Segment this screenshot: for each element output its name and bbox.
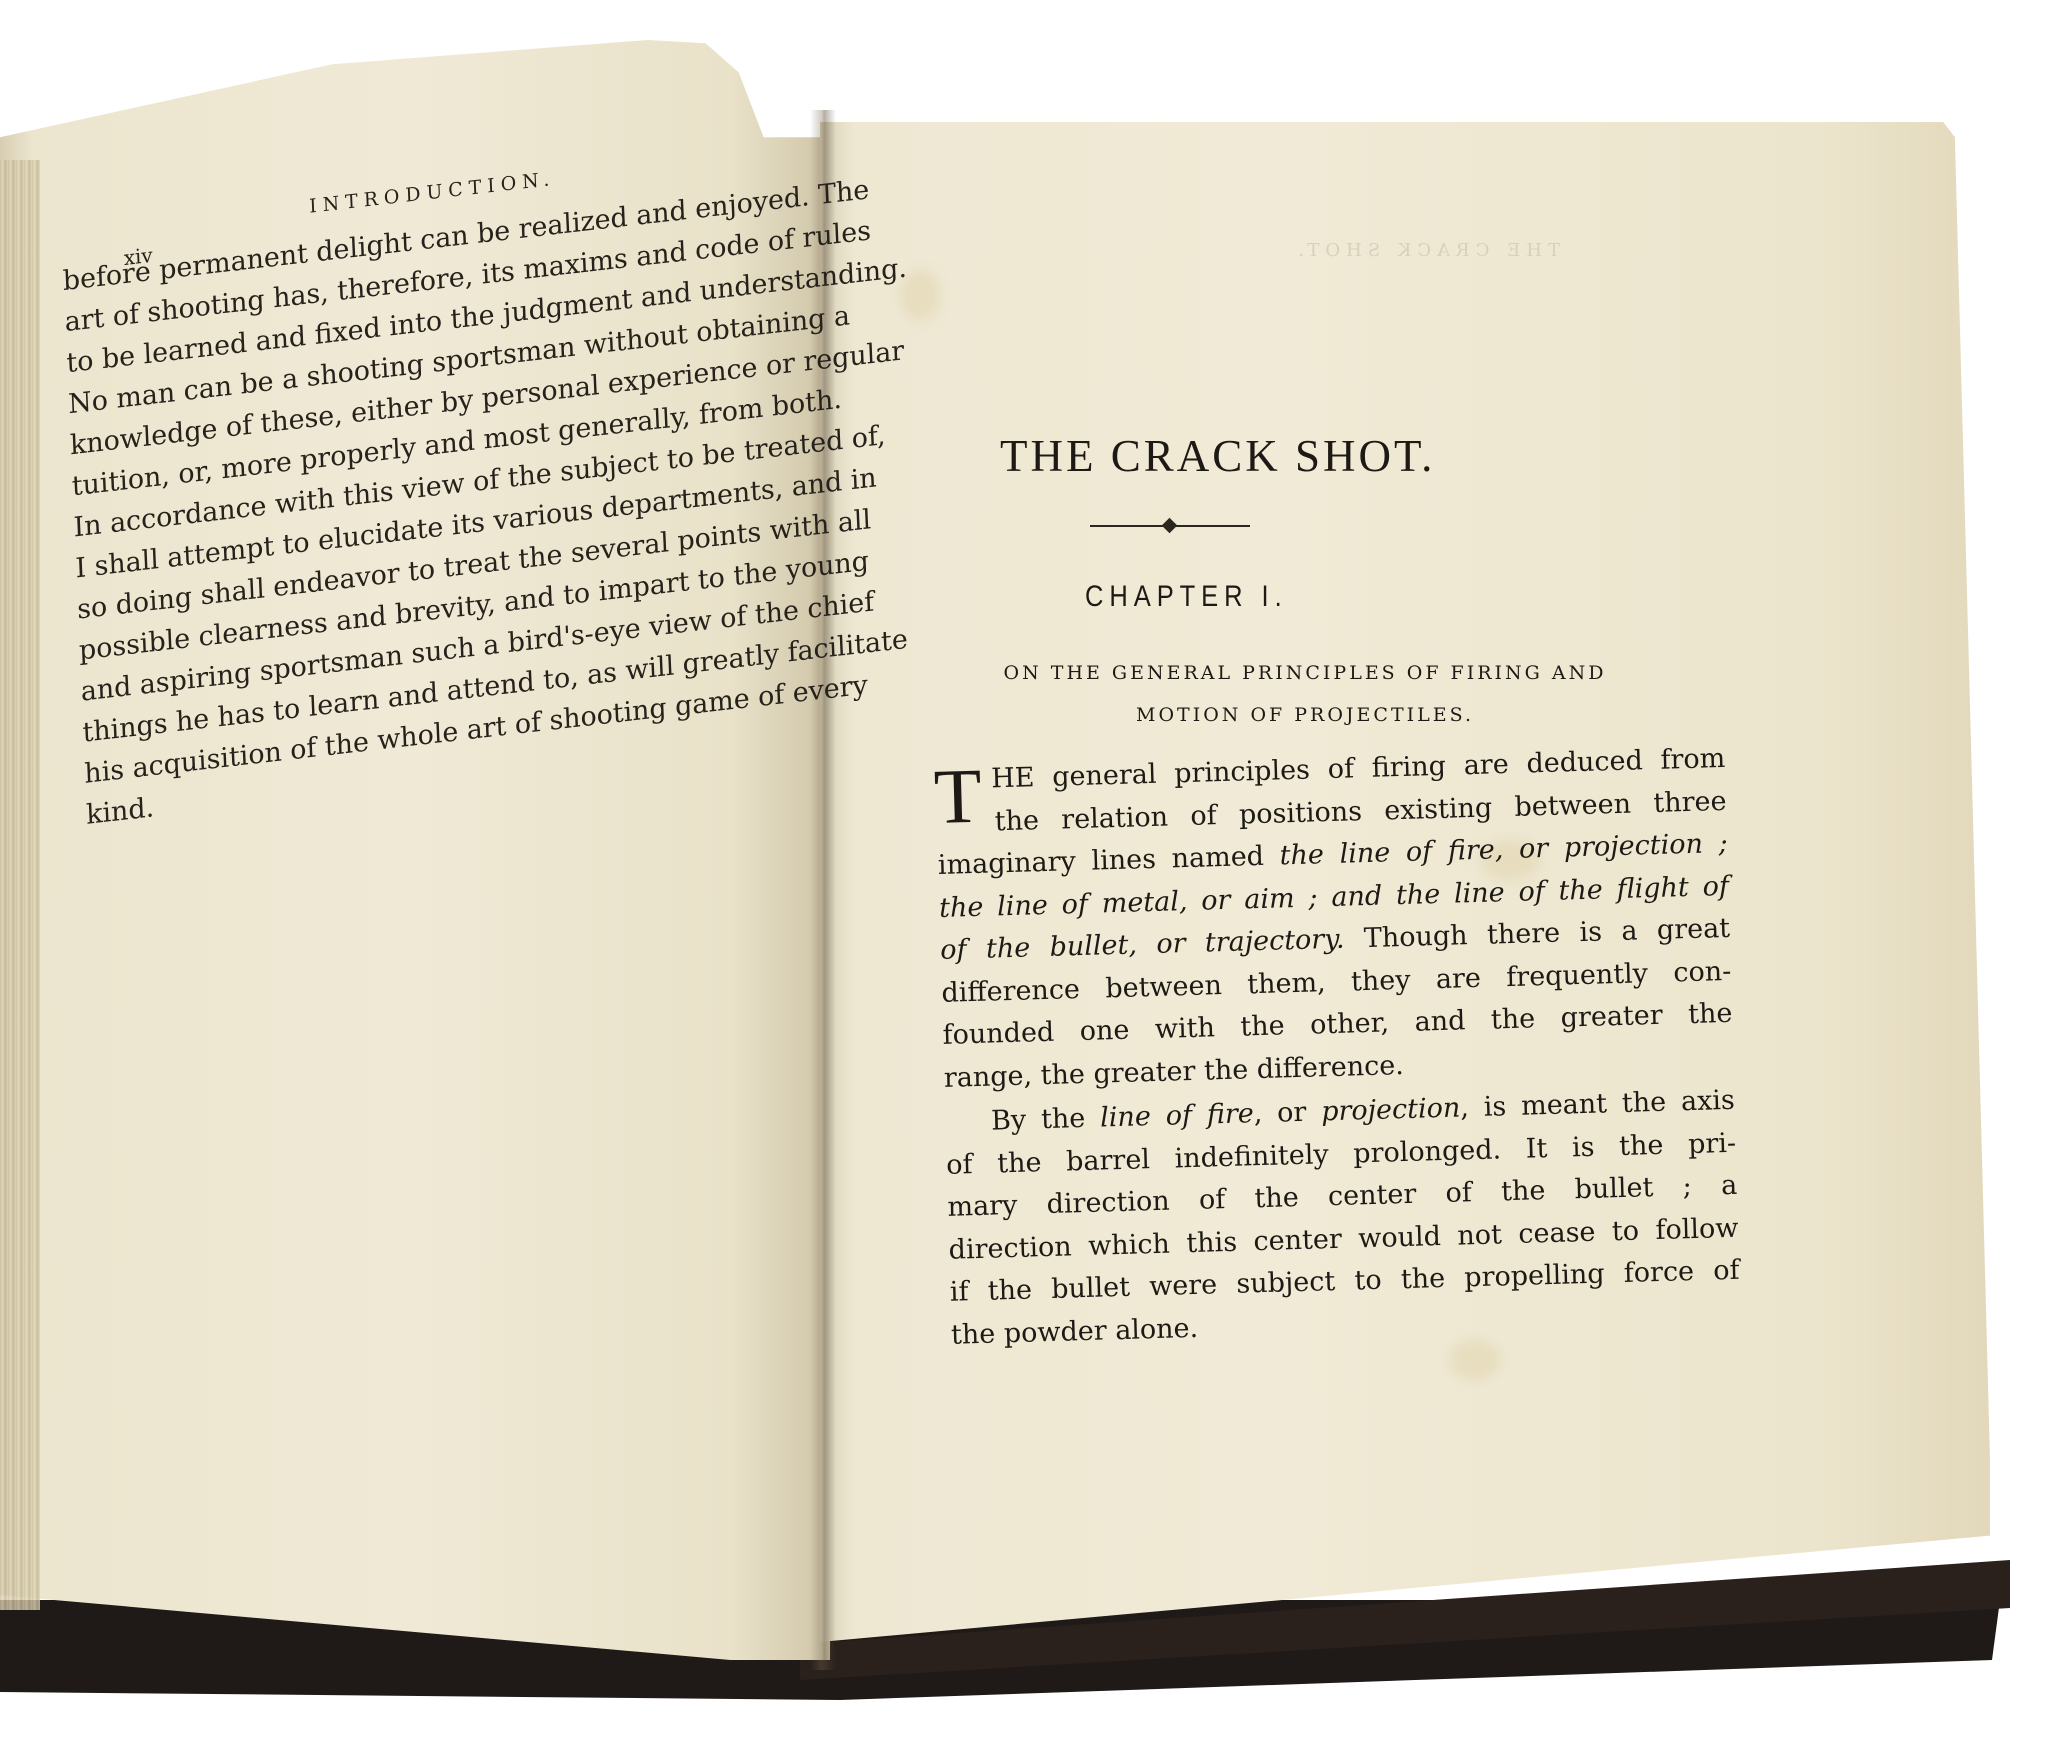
text-run: By the <box>991 1103 1101 1137</box>
chapter-subtitle-line-2: MOTION OF PROJECTILES. <box>945 694 1665 736</box>
text-run: Though there is a great <box>1344 913 1730 955</box>
italic-term: of the bullet, or trajectory. <box>940 924 1345 966</box>
italic-term: line of fire <box>1100 1098 1254 1133</box>
left-page-body: before permanent delight can be realized… <box>62 182 783 836</box>
book-title: THE CRACK SHOT. <box>1000 430 1435 482</box>
drop-cap: T <box>933 763 982 830</box>
page-number: xiv <box>123 235 154 279</box>
text-run: imaginary lines named <box>938 840 1281 881</box>
chapter-subtitle-line-1: ON THE GENERAL PRINCIPLES OF FIRING AND <box>945 652 1665 694</box>
text-run: the powder alone. <box>951 1312 1199 1350</box>
text-run: , or <box>1253 1096 1321 1129</box>
bleed-through-running-head: THE CRACK SHOT. <box>1060 240 1560 280</box>
chapter-heading: CHAPTER I. <box>1085 580 1288 614</box>
paragraph-2: By the line of fire, or projection, is m… <box>945 1080 1742 1357</box>
chapter-subtitle: ON THE GENERAL PRINCIPLES OF FIRING AND … <box>945 652 1665 736</box>
italic-term: the line of fire, or projection ; <box>1279 828 1728 872</box>
text-run: range, the greater the difference. <box>943 1050 1404 1094</box>
left-page-edges <box>0 160 40 1610</box>
left-page-text: xiv INTRODUCTION. before permanent delig… <box>60 136 783 836</box>
paragraph-1: T HE general principles of firing are de… <box>935 738 1734 1100</box>
italic-term: projection <box>1321 1092 1461 1127</box>
paper-stain <box>1450 1340 1500 1380</box>
text-run: , is meant the axis <box>1460 1085 1735 1124</box>
paragraph-1-lines: HE general principles of firing are dedu… <box>935 738 1734 1100</box>
chapter-body: T HE general principles of firing are de… <box>935 738 1741 1357</box>
